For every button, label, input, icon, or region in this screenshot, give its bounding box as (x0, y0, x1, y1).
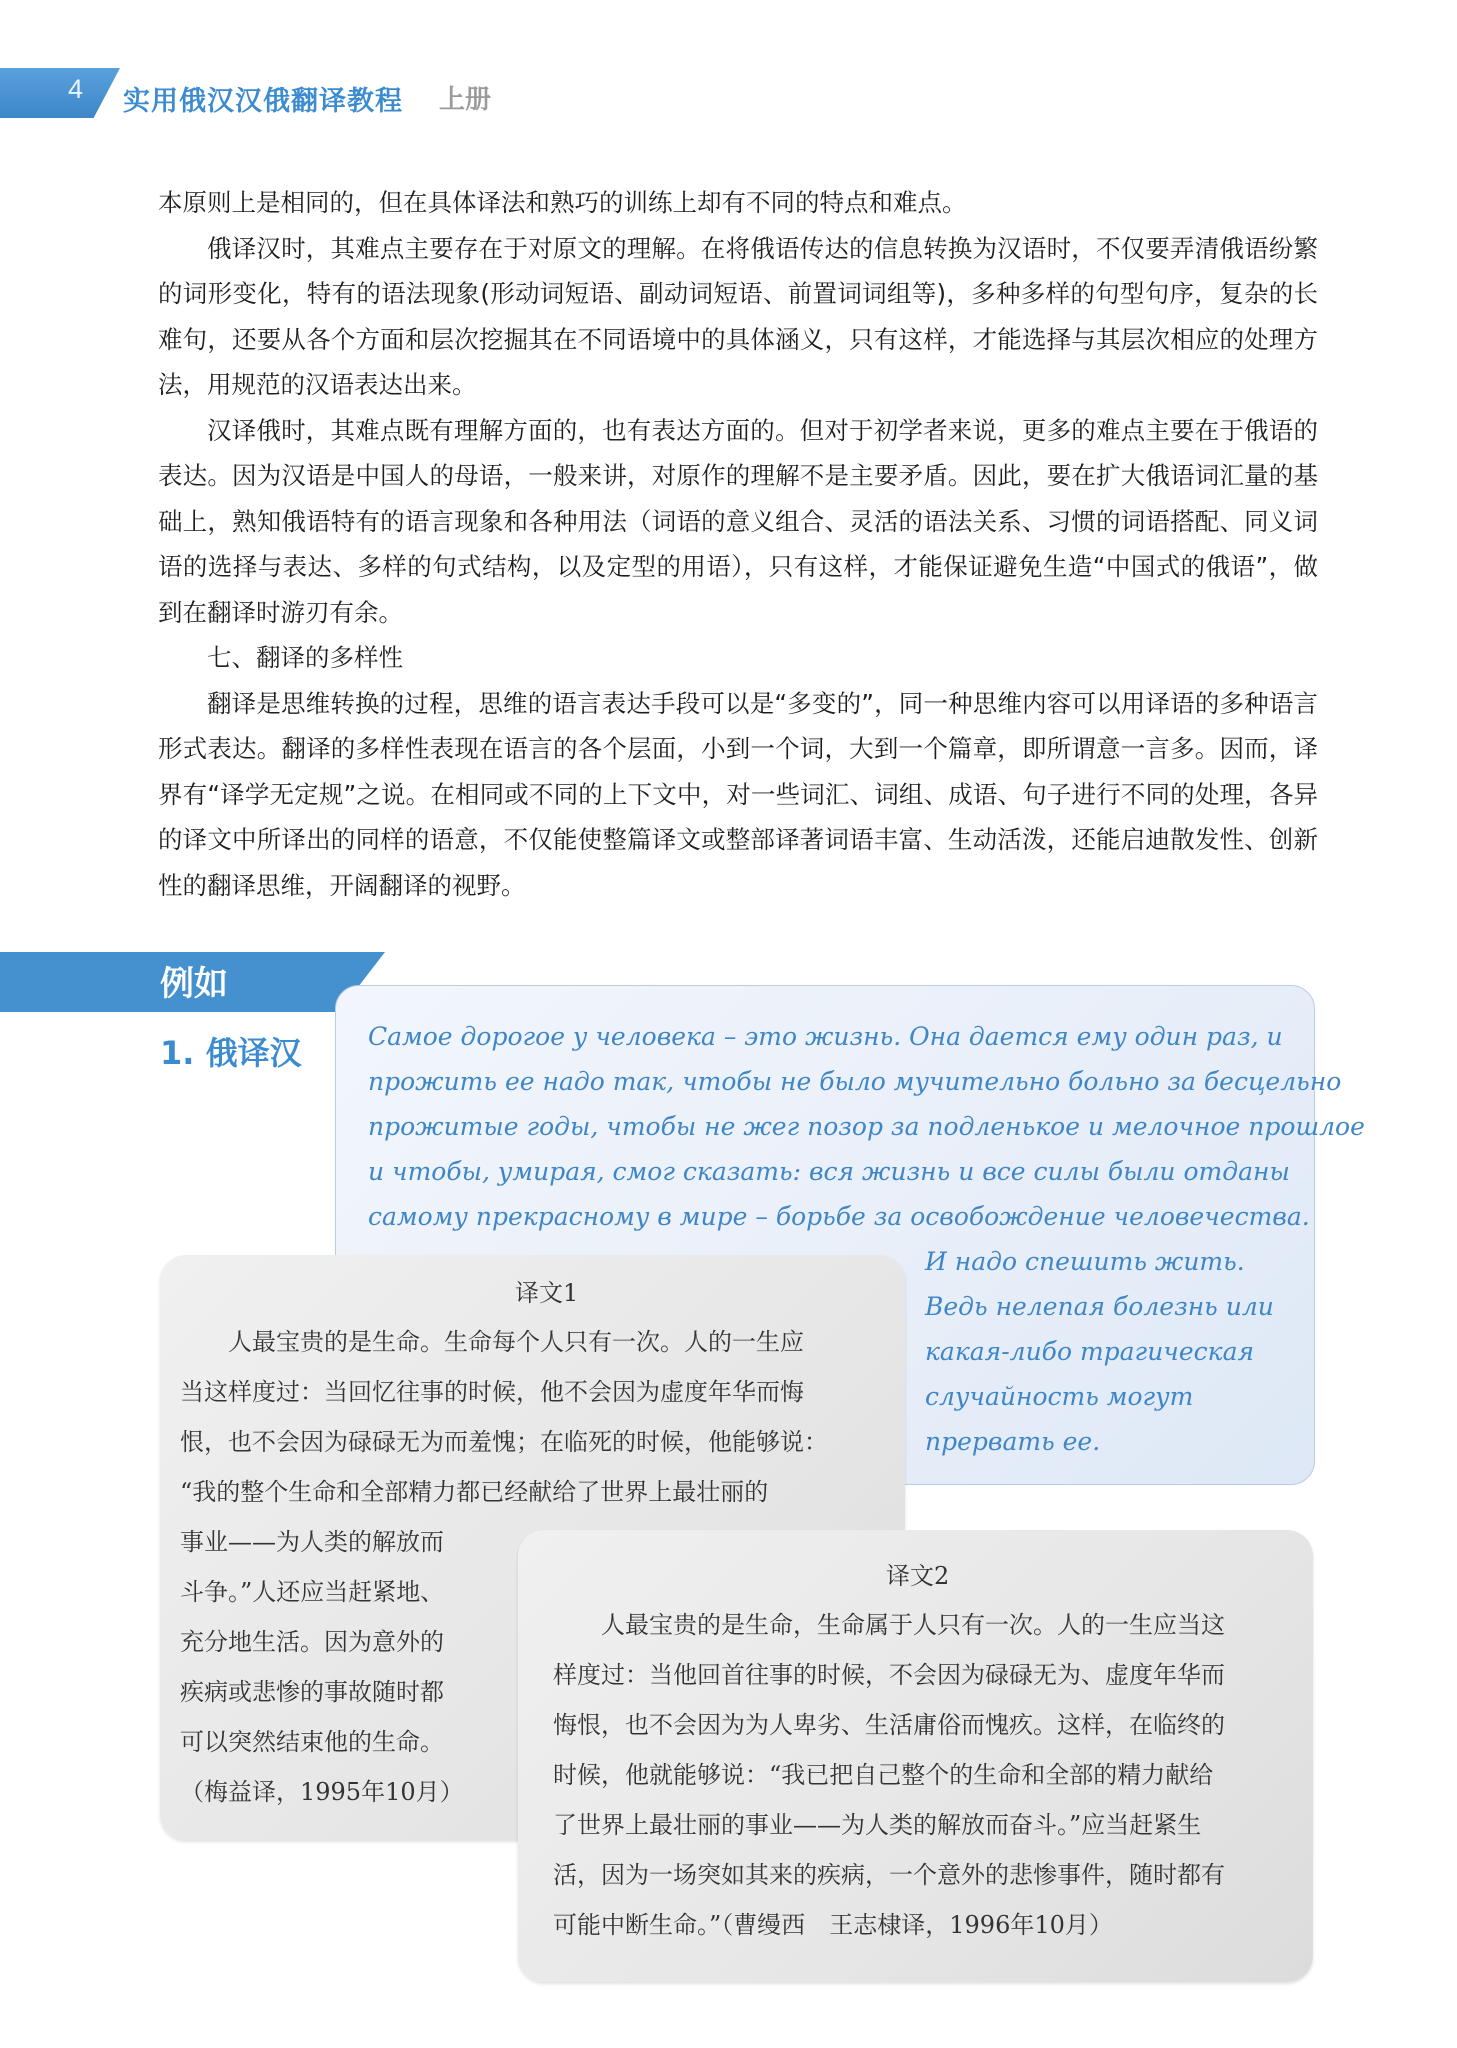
text-line: 恨，也不会因为碌碌无为而羞愧；在临死的时候，他能够说： (180, 1417, 828, 1467)
text-line: “我的整个生命和全部精力都已经献给了世界上最壮丽的 (180, 1467, 828, 1517)
page-number-tab (0, 68, 120, 118)
volume-label: 上册 (439, 79, 491, 116)
paragraph: 俄译汉时，其难点主要存在于对原文的理解。在将俄语传达的信息转换为汉语时，不仅要弄… (158, 226, 1318, 408)
translation-2-box: 译文2 人最宝贵的是生命，生命属于人只有一次。人的一生应当这 样度过：当他回首往… (518, 1530, 1313, 1982)
source-line: случайность могут (925, 1374, 1305, 1419)
source-line: Самое дорогое у человека – это жизнь. Он… (368, 1014, 1288, 1059)
text-line: 悔恨，也不会因为为人卑劣、生活庸俗而愧疚。这样，在临终的 (553, 1700, 1225, 1750)
text-line: 时候，他就能够说：“我已把自己整个的生命和全部的精力献给 (553, 1750, 1225, 1800)
source-line: И надо спешить жить. (925, 1239, 1305, 1284)
text-line: 活，因为一场突如其来的疾病，一个意外的悲惨事件，随时都有 (553, 1850, 1225, 1900)
translation-1-title: 译文1 (515, 1273, 578, 1308)
source-line: Ведь нелепая болезнь или (925, 1284, 1305, 1329)
paragraph: 本原则上是相同的，但在具体译法和熟巧的训练上却有不同的特点和难点。 (158, 180, 1318, 226)
source-line: самому прекрасному в мире – борьбе за ос… (368, 1194, 1288, 1239)
text-line: 人最宝贵的是生命。生命每个人只有一次。人的一生应 (180, 1317, 828, 1367)
section-heading: 七、翻译的多样性 (158, 635, 1318, 681)
source-text: Самое дорогое у человека – это жизнь. Он… (368, 1014, 1288, 1239)
text-line: 样度过：当他回首往事的时候，不会因为碌碌无为、虚度年华而 (553, 1650, 1225, 1700)
translation-2-title: 译文2 (886, 1556, 949, 1591)
source-line: прожить ее надо так, чтобы не было мучит… (368, 1059, 1288, 1104)
source-line: и чтобы, умирая, смог сказать: вся жизнь… (368, 1149, 1288, 1194)
source-line: какая-либо трагическая (925, 1329, 1305, 1374)
source-text-tail: И надо спешить жить. Ведь нелепая болезн… (925, 1239, 1305, 1464)
text-line: 人最宝贵的是生命，生命属于人只有一次。人的一生应当这 (553, 1600, 1225, 1650)
translation-2-text: 人最宝贵的是生命，生命属于人只有一次。人的一生应当这 样度过：当他回首往事的时候… (553, 1600, 1225, 1950)
paragraph: 翻译是思维转换的过程，思维的语言表达手段可以是“多变的”，同一种思维内容可以用译… (158, 681, 1318, 909)
text-line: 了世界上最壮丽的事业——为人类的解放而奋斗。”应当赶紧生 (553, 1800, 1225, 1850)
paragraph: 汉译俄时，其难点既有理解方面的，也有表达方面的。但对于初学者来说，更多的难点主要… (158, 408, 1318, 636)
source-line: прервать ее. (925, 1419, 1305, 1464)
text-line: 当这样度过：当回忆往事的时候，他不会因为虚度年华而悔 (180, 1367, 828, 1417)
source-line: прожитые годы, чтобы не жег позор за под… (368, 1104, 1288, 1149)
page-number: 4 (68, 74, 83, 105)
text-line: 可能中断生命。”（曹缦西 王志棣译，1996年10月） (553, 1900, 1225, 1950)
example-label: 例如 (160, 956, 228, 1005)
book-title: 实用俄汉汉俄翻译教程 (123, 79, 403, 118)
body-text: 本原则上是相同的，但在具体译法和熟巧的训练上却有不同的特点和难点。 俄译汉时，其… (158, 180, 1318, 908)
section-label: 1. 俄译汉 (160, 1028, 302, 1074)
